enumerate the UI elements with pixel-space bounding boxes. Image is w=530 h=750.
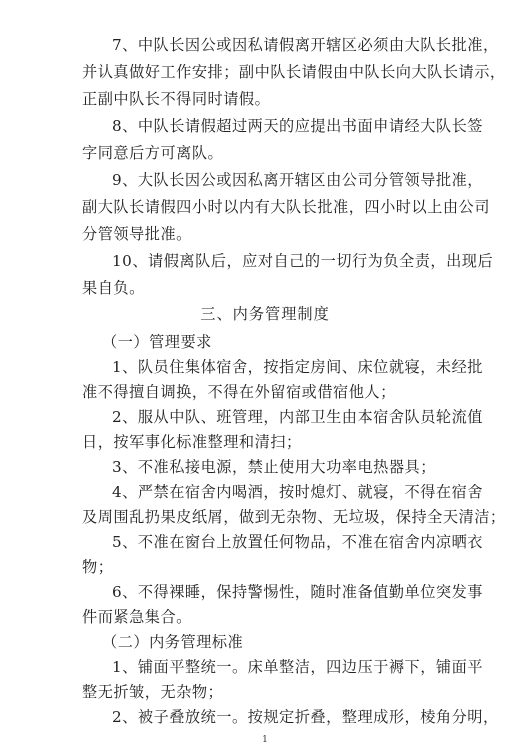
paragraph-line: 4、严禁在宿舍内喝酒，按时熄灯、就寝，不得在宿舍 [112, 482, 492, 502]
paragraph-line: 整无折皱，无杂物； [82, 682, 462, 702]
paragraph-line: 3、不准私接电源，禁止使用大功率电热器具； [112, 457, 492, 477]
paragraph-line: 2、服从中队、班管理，内部卫生由本宿舍队员轮流值 [112, 407, 492, 427]
section-heading: 三、内务管理制度 [0, 303, 530, 324]
paragraph-line: 2、被子叠放统一。按规定折叠，整理成形，棱角分明， [112, 707, 492, 727]
paragraph-line: 并认真做好工作安排；副中队长请假由中队长向大队长请示， [82, 62, 462, 82]
document-page: 7、中队长因公或因私请假离开辖区必须由大队长批准， 并认真做好工作安排；副中队长… [0, 0, 530, 750]
subsection-heading: （一）管理要求 [102, 332, 482, 352]
paragraph-line: 1、队员住集体宿舍，按指定房间、床位就寝，未经批 [112, 357, 492, 377]
paragraph-line: 5、不准在窗台上放置任何物品，不准在宿舍内凉晒衣 [112, 532, 492, 552]
subsection-heading: （二）内务管理标准 [102, 632, 482, 652]
paragraph-line: 物； [82, 557, 462, 577]
paragraph-line: 果自负。 [82, 278, 462, 298]
paragraph-line: 6、不得裸睡，保持警惕性，随时准备值勤单位突发事 [112, 582, 492, 602]
paragraph-line: 准不得擅自调换，不得在外留宿或借宿他人； [82, 382, 462, 402]
paragraph-line: 及周围乱扔果皮纸屑，做到无杂物、无垃圾，保持全天清洁； [82, 507, 462, 527]
paragraph-line: 正副中队长不得同时请假。 [82, 89, 462, 109]
paragraph-line: 副大队长请假四小时以内有大队长批准，四小时以上由公司 [82, 197, 462, 217]
paragraph-line: 10、请假离队后，应对自己的一切行为负全责，出现后 [112, 251, 492, 271]
paragraph-line: 件而紧急集合。 [82, 607, 462, 627]
paragraph-line: 日，按军事化标准整理和清扫； [82, 432, 462, 452]
paragraph-line: 1、铺面平整统一。床单整洁，四边压于褥下，铺面平 [112, 657, 492, 677]
paragraph-line: 8、中队长请假超过两天的应提出书面申请经大队长签 [112, 116, 492, 136]
page-number: 1 [0, 735, 530, 745]
paragraph-line: 分管领导批准。 [82, 224, 462, 244]
paragraph-line: 9、大队长因公或因私离开辖区由公司分管领导批准， [112, 170, 492, 190]
paragraph-line: 7、中队长因公或因私请假离开辖区必须由大队长批准， [112, 35, 492, 55]
paragraph-line: 字同意后方可离队。 [82, 143, 462, 163]
